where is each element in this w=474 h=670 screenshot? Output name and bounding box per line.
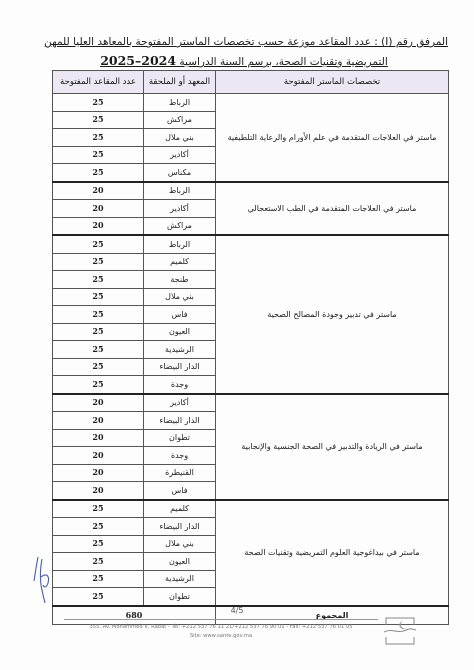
seat-count: 20 [53,482,144,500]
document-title-line-2: التمريضية وتقنيات الصحة، برسم السنة الدر… [40,53,448,68]
institute-name: الرشيدية [144,570,216,588]
footer-website: Site: www.sante.gov.ma [64,633,378,639]
institute-name: الدار البيضاء [144,412,216,430]
seat-count: 25 [53,288,144,306]
institute-name: الرشيدية [144,341,216,359]
academic-year: 2024–2025 [100,53,176,68]
title-text: المرفق رقم (I) : عدد المقاعد موزعة حسب ت… [44,36,448,48]
program-name: ماستر في العلاجات المتقدمة في علم الأورا… [216,94,449,182]
seat-count: 25 [53,94,144,112]
header-institute: المعهد أو الملحقة [144,71,216,94]
seat-count: 25 [53,146,144,164]
seat-count: 25 [53,129,144,147]
institute-name: تطوان [144,429,216,447]
footer-address: 355, Av. Mohammed V, Rabat - Tél: +212 5… [64,624,378,630]
seat-count: 20 [53,464,144,482]
seat-count: 20 [53,217,144,235]
seat-count: 25 [53,271,144,289]
institute-name: العيون [144,323,216,341]
header-seats: عدد المقاعد المفتوحة [53,71,144,94]
seat-count: 25 [53,235,144,253]
institute-name: فاس [144,306,216,324]
seat-count: 25 [53,588,144,606]
institute-name: وجدة [144,376,216,394]
title-text-2: التمريضية وتقنيات الصحة، برسم السنة الدر… [179,56,387,68]
seat-count: 25 [53,535,144,553]
seat-count: 20 [53,200,144,218]
institute-name: الرباط [144,182,216,200]
institute-name: العيون [144,553,216,571]
institute-name: الدار البيضاء [144,358,216,376]
institute-name: تطوان [144,588,216,606]
seat-count: 20 [53,182,144,200]
institute-name: بني ملال [144,129,216,147]
institute-name: الرباط [144,94,216,112]
handwritten-signature [32,555,56,605]
program-name: ماستر في الريادة والتدبير في الصحة الجنس… [216,394,449,500]
seat-count: 20 [53,412,144,430]
seat-count: 25 [53,518,144,536]
institute-name: أكادير [144,394,216,412]
seat-count: 25 [53,253,144,271]
document-title-line-1: المرفق رقم (I) : عدد المقاعد موزعة حسب ت… [40,36,448,48]
seat-count: 25 [53,341,144,359]
institute-name: مراكش [144,111,216,129]
institute-name: كلميم [144,253,216,271]
program-name: ماستر في بيداغوجية العلوم التمريضية وتقن… [216,500,449,606]
institute-name: فاس [144,482,216,500]
seat-count: 20 [53,429,144,447]
seat-count: 25 [53,306,144,324]
seat-count: 25 [53,376,144,394]
seat-count: 25 [53,323,144,341]
institute-name: كلميم [144,500,216,518]
seat-count: 25 [53,164,144,182]
institute-name: مراكش [144,217,216,235]
header-program: تخصصات الماستر المفتوحة [216,71,449,94]
institute-name: الدار البيضاء [144,518,216,536]
table-header-row: تخصصات الماستر المفتوحة المعهد أو الملحق… [53,71,449,94]
table-row: ماستر في الريادة والتدبير في الصحة الجنس… [53,394,449,412]
table-body: ماستر في العلاجات المتقدمة في علم الأورا… [53,94,449,625]
institute-name: طنجة [144,271,216,289]
page-number: 4/5 [0,606,474,615]
table-row: ماستر في العلاجات المتقدمة في الطب الاست… [53,182,449,200]
institute-name: أكادير [144,200,216,218]
seat-count: 25 [53,500,144,518]
program-name: ماستر في تدبير وجودة المصالح الصحية [216,235,449,394]
table-row: ماستر في تدبير وجودة المصالح الصحيةالربا… [53,235,449,253]
table-row: ماستر في بيداغوجية العلوم التمريضية وتقن… [53,500,449,518]
institute-name: مكناس [144,164,216,182]
institute-name: الرباط [144,235,216,253]
seat-count: 25 [53,570,144,588]
institute-name: القنيطرة [144,464,216,482]
footer-divider [64,619,378,620]
seat-count: 25 [53,358,144,376]
institute-name: بني ملال [144,288,216,306]
seat-count: 25 [53,553,144,571]
seat-count: 20 [53,394,144,412]
seats-table: تخصصات الماستر المفتوحة المعهد أو الملحق… [52,70,449,625]
institute-name: بني ملال [144,535,216,553]
seat-count: 25 [53,111,144,129]
institute-name: وجدة [144,447,216,465]
institute-name: أكادير [144,146,216,164]
program-name: ماستر في العلاجات المتقدمة في الطب الاست… [216,182,449,236]
seat-count: 20 [53,447,144,465]
ministry-logo-icon [384,616,416,646]
table-row: ماستر في العلاجات المتقدمة في علم الأورا… [53,94,449,112]
